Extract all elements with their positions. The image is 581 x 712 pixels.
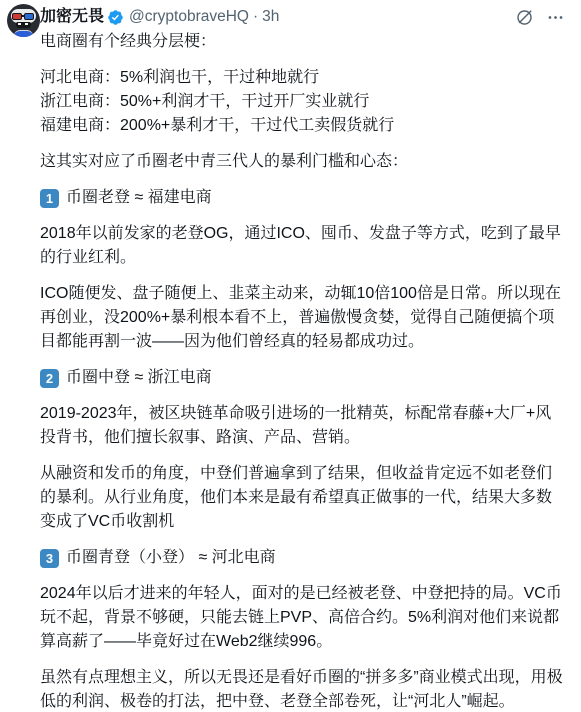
section-3-paragraph: 虽然有点理想主义，所以无畏还是看好币圈的“拼多多”商业模式出现，用极低的利润、极…: [40, 666, 565, 712]
handle[interactable]: @cryptobraveHQ: [129, 8, 249, 25]
section-1-heading: 1 币圈老登 ≈ 福建电商: [40, 186, 565, 210]
more-icon[interactable]: [546, 8, 565, 27]
tweet-card: 加密无畏 @cryptobraveHQ·3h: [0, 0, 581, 712]
section-2-paragraph: 2019-2023年，被区块链革命吸引进场的一批精英，标配常春藤+大厂+风投背书…: [40, 402, 565, 450]
tweet-body: 电商圈有个经典分层梗： 河北电商：5%利润也干，干过种地就行 浙江电商：50%+…: [40, 30, 565, 712]
keycap-1-icon: 1: [40, 189, 59, 208]
section-3-heading: 3 币圈青登（小登） ≈ 河北电商: [40, 546, 565, 570]
handle-and-time[interactable]: @cryptobraveHQ·3h: [129, 8, 279, 26]
section-2-paragraph: 从融资和发币的角度，中登们普遍拿到了结果，但收益肯定远不如老登们的暴利。从行业角…: [40, 462, 565, 534]
intro-line: 电商圈有个经典分层梗：: [40, 30, 565, 54]
avatar-robot-body: [14, 30, 33, 37]
avatar-tooth: [25, 23, 28, 25]
section-3-title: 币圈青登（小登） ≈ 河北电商: [66, 546, 276, 570]
dot-separator: ·: [253, 8, 258, 25]
section-1-paragraph: ICO随便发、盘子随便上、韭菜主动来，动辄10倍100倍是日常。所以现在再创业，…: [40, 282, 565, 354]
keycap-2-icon: 2: [40, 369, 59, 388]
ecommerce-tier-list: 河北电商：5%利润也干，干过种地就行 浙江电商：50%+利润才干，干过开厂实业就…: [40, 66, 565, 138]
section-2-heading: 2 币圈中登 ≈ 浙江电商: [40, 366, 565, 390]
transition-line: 这其实对应了币圈老中青三代人的暴利门槛和心态：: [40, 150, 565, 174]
timestamp[interactable]: 3h: [262, 8, 279, 25]
section-2-title: 币圈中登 ≈ 浙江电商: [66, 366, 212, 390]
tweet-content: 加密无畏 @cryptobraveHQ·3h: [40, 0, 581, 712]
avatar-tooth: [18, 23, 21, 25]
avatar-glasses-bridge: [21, 15, 25, 17]
header-actions: [515, 8, 565, 27]
avatar[interactable]: [7, 4, 40, 37]
grok-icon[interactable]: [515, 8, 534, 27]
tweet-header: 加密无畏 @cryptobraveHQ·3h: [40, 7, 565, 27]
keycap-3-icon: 3: [40, 549, 59, 568]
display-name[interactable]: 加密无畏: [40, 7, 104, 27]
section-3-paragraph: 2024年以后才进来的年轻人，面对的是已经被老登、中登把持的局。VC币玩不起，背…: [40, 582, 565, 654]
section-1-title: 币圈老登 ≈ 福建电商: [66, 186, 212, 210]
verified-badge-icon: [107, 9, 124, 26]
section-1-paragraph: 2018年以前发家的老登OG，通过ICO、囤币、发盘子等方式，吃到了最早的行业红…: [40, 222, 565, 270]
avatar-blue-lens-icon: [24, 13, 34, 20]
